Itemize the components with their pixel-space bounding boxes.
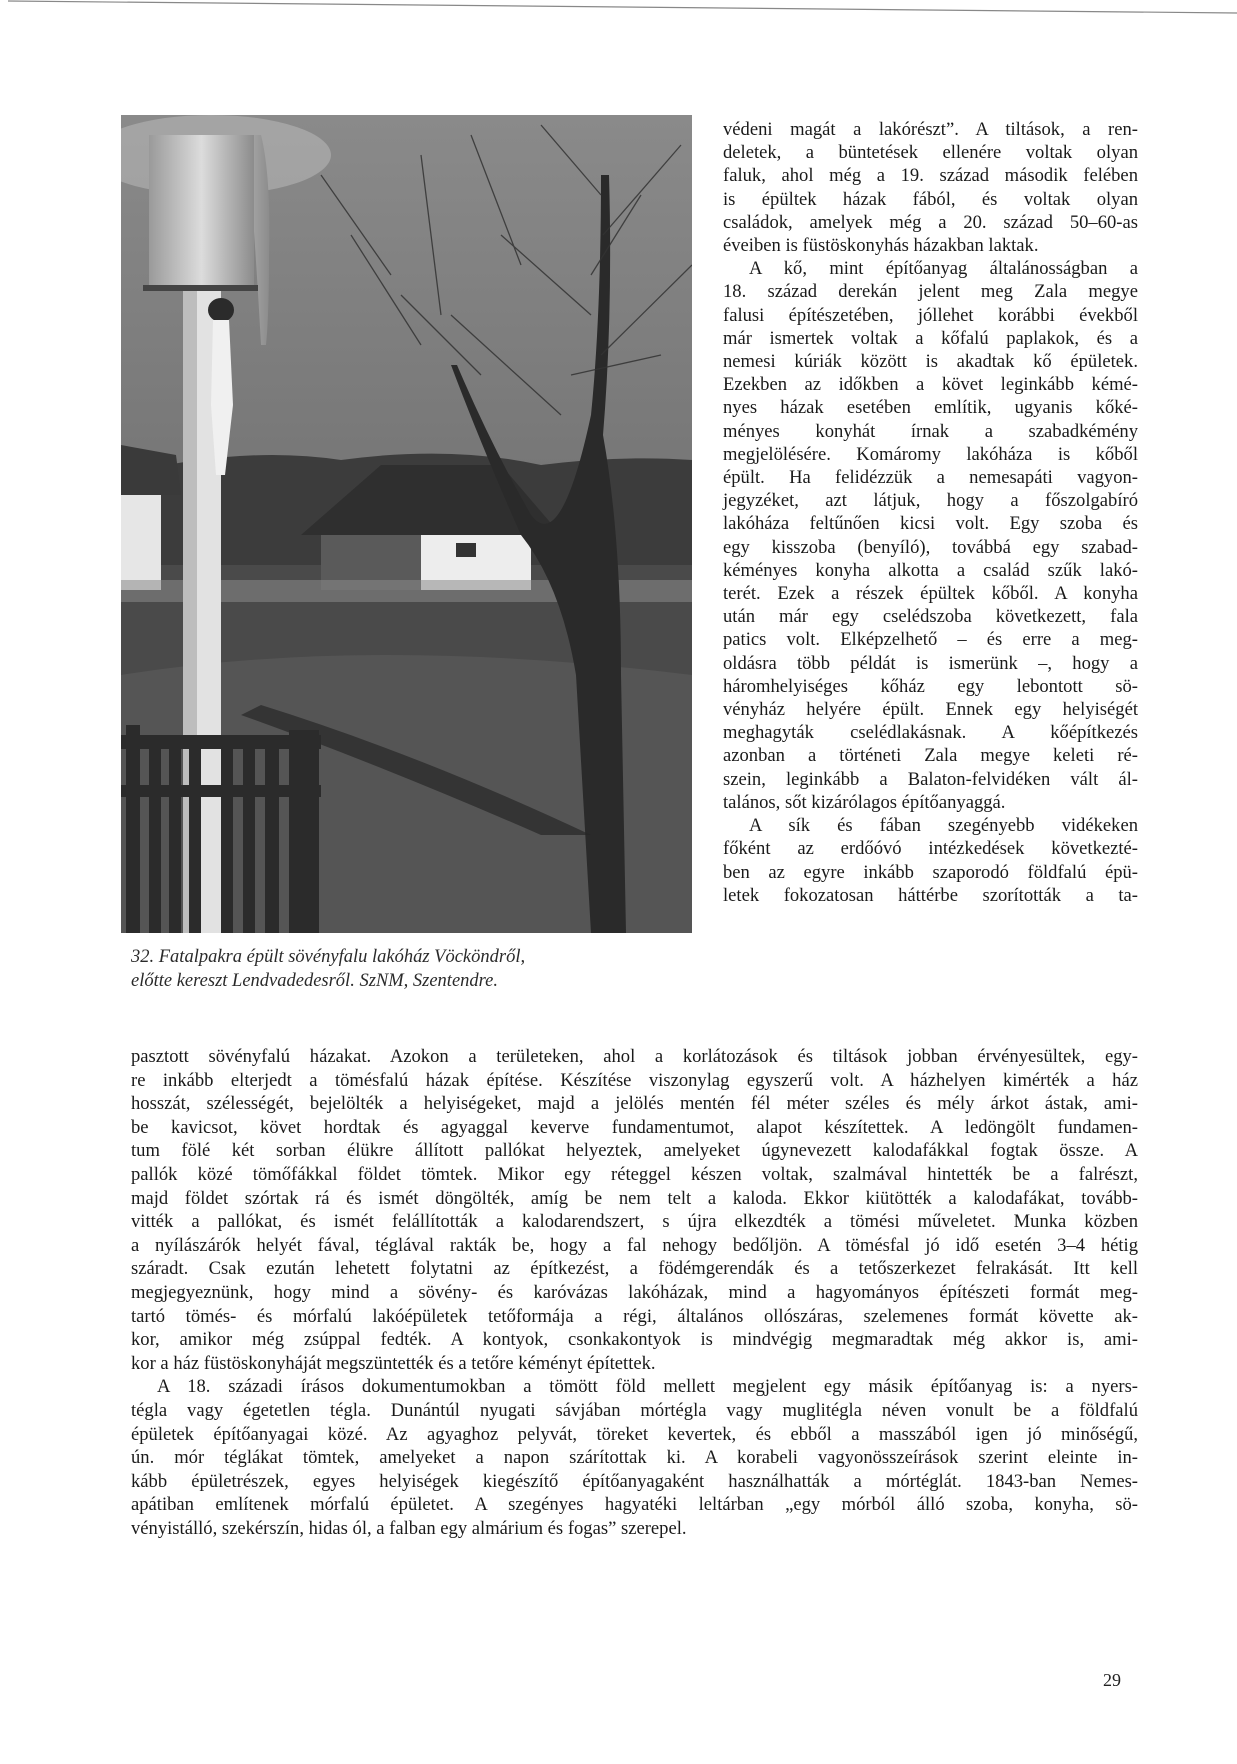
text-line: deletek, a büntetések ellenére voltak ol… <box>723 141 1138 164</box>
text-line: családok, amelyek még a 20. század 50–60… <box>723 211 1138 234</box>
text-line: A kő, mint építőanyag általánosságban a <box>723 257 1138 280</box>
text-line: kább épületrészek, egyes helyiségek kieg… <box>131 1470 1138 1494</box>
text-line: be kavicsot, követ hordtak és agyaggal k… <box>131 1116 1138 1140</box>
text-line: tum fölé két sorban élükre állított pall… <box>131 1139 1138 1163</box>
page-number: 29 <box>1103 1670 1121 1691</box>
caption-line: 32. Fatalpakra épült sövényfalu lakóház … <box>131 945 691 969</box>
text-line: 18. század derekán jelent meg Zala megye <box>723 280 1138 303</box>
text-line: vényistálló, szekérszín, hidas ól, a fal… <box>131 1517 1138 1541</box>
text-line: oldásra több példát is ismerünk –, hogy … <box>723 652 1138 675</box>
text-line: patics volt. Elképzelhető – és erre a me… <box>723 628 1138 651</box>
text-line: nyes házak esetében említik, ugyanis kők… <box>723 396 1138 419</box>
paragraph-4: A 18. századi írásos dokumentumokban a t… <box>131 1375 1138 1540</box>
text-line: talános, sőt kizárólagos építőanyaggá. <box>723 791 1138 814</box>
text-line: falusi építészetében, jóllehet korábbi é… <box>723 304 1138 327</box>
text-line: háromhelyiséges kőház egy lebontott sö- <box>723 675 1138 698</box>
caption-line: előtte kereszt Lendvadedesről. SzNM, Sze… <box>131 969 691 993</box>
text-line: éveiben is füstöskonyhás házakban laktak… <box>723 234 1138 257</box>
text-line: tartó tömés- és mórfalú lakóépületek tet… <box>131 1305 1138 1329</box>
text-line: kéményes konyha alkotta a család szűk la… <box>723 559 1138 582</box>
text-line: megjegyeznünk, hogy mind a sövény- és ka… <box>131 1281 1138 1305</box>
text-line: nemesi kúriák között is akadtak kő épüle… <box>723 350 1138 373</box>
text-line: terét. Ezek a részek épültek kőből. A ko… <box>723 582 1138 605</box>
text-line: szein, leginkább a Balaton-felvidéken vá… <box>723 768 1138 791</box>
text-line: vitték a pallókat, és ismét felállítottá… <box>131 1210 1138 1234</box>
paragraph-3-continued: pasztott sövényfalú házakat. Azokon a te… <box>131 1045 1138 1375</box>
text-line: jegyzéket, azt látjuk, hogy a főszolgabí… <box>723 489 1138 512</box>
figure-photo <box>121 115 692 933</box>
text-line: egy kisszoba (benyíló), továbbá egy szab… <box>723 536 1138 559</box>
text-line: A 18. századi írásos dokumentumokban a t… <box>131 1375 1138 1399</box>
text-line: kor, amikor még zsúppal fedték. A kontyo… <box>131 1328 1138 1352</box>
crucifix-village-photo <box>121 115 692 933</box>
text-line: majd földet szórtak rá és ismét döngölté… <box>131 1187 1138 1211</box>
text-line: ményes konyhát írnak a szabadkémény <box>723 420 1138 443</box>
text-line: ben az egyre inkább szaporodó földfalú é… <box>723 861 1138 884</box>
text-line: már ismertek voltak a kőfalú paplakok, é… <box>723 327 1138 350</box>
text-line: ún. mór téglákat tömtek, amelyeket a nap… <box>131 1446 1138 1470</box>
text-line: tégla vagy égetetlen tégla. Dunántúl nyu… <box>131 1399 1138 1423</box>
paragraph-1: védeni magát a lakórészt”. A tiltások, a… <box>723 118 1138 257</box>
text-line: védeni magát a lakórészt”. A tiltások, a… <box>723 118 1138 141</box>
text-line: pasztott sövényfalú házakat. Azokon a te… <box>131 1045 1138 1069</box>
text-line: apátiban említenek mórfalú épületet. A s… <box>131 1493 1138 1517</box>
paragraph-3: A sík és fában szegényebb vidékeken főké… <box>723 814 1138 907</box>
text-line: hosszát, szélességét, bejelölték a helyi… <box>131 1092 1138 1116</box>
text-line: épületek építőanyagai közé. Az agyaghoz … <box>131 1423 1138 1447</box>
right-text-column: védeni magát a lakórészt”. A tiltások, a… <box>723 118 1138 907</box>
text-line: kor a ház füstöskonyháját megszüntették … <box>131 1352 1138 1376</box>
figure-caption: 32. Fatalpakra épült sövényfalu lakóház … <box>131 945 691 993</box>
text-line: meghagyták cselédlakásnak. A kőépítkezés <box>723 721 1138 744</box>
text-line: faluk, ahol még a 19. század második fel… <box>723 164 1138 187</box>
text-line: re inkább elterjedt a tömésfalú házak ép… <box>131 1069 1138 1093</box>
text-line: a nyílászárók helyét fával, téglával rak… <box>131 1234 1138 1258</box>
text-line: megjelölésére. Komáromy lakóháza is kőbő… <box>723 443 1138 466</box>
text-line: A sík és fában szegényebb vidékeken <box>723 814 1138 837</box>
text-line: letek fokozatosan háttérbe szorították a… <box>723 884 1138 907</box>
text-line: épült. Ha felidézzük a nemesapáti vagyon… <box>723 466 1138 489</box>
text-line: pallók közé tömőfákkal földet tömtek. Mi… <box>131 1163 1138 1187</box>
text-line: után már egy cselédszoba következett, fa… <box>723 605 1138 628</box>
text-line: Ezekben az időkben a követ leginkább kém… <box>723 373 1138 396</box>
scan-edge-line <box>0 0 1237 14</box>
text-line: lakóháza feltűnően kicsi volt. Egy szoba… <box>723 512 1138 535</box>
full-width-text: pasztott sövényfalú házakat. Azokon a te… <box>131 1045 1138 1540</box>
paragraph-2: A kő, mint építőanyag általánosságban a … <box>723 257 1138 814</box>
text-line: vényház helyére épült. Ennek egy helyisé… <box>723 698 1138 721</box>
text-line: főként az erdőóvó intézkedések következt… <box>723 837 1138 860</box>
text-line: is épültek házak fából, és voltak olyan <box>723 188 1138 211</box>
text-line: azonban a történeti Zala megye keleti ré… <box>723 744 1138 767</box>
text-line: száradt. Csak ezután lehetett folytatni … <box>131 1257 1138 1281</box>
